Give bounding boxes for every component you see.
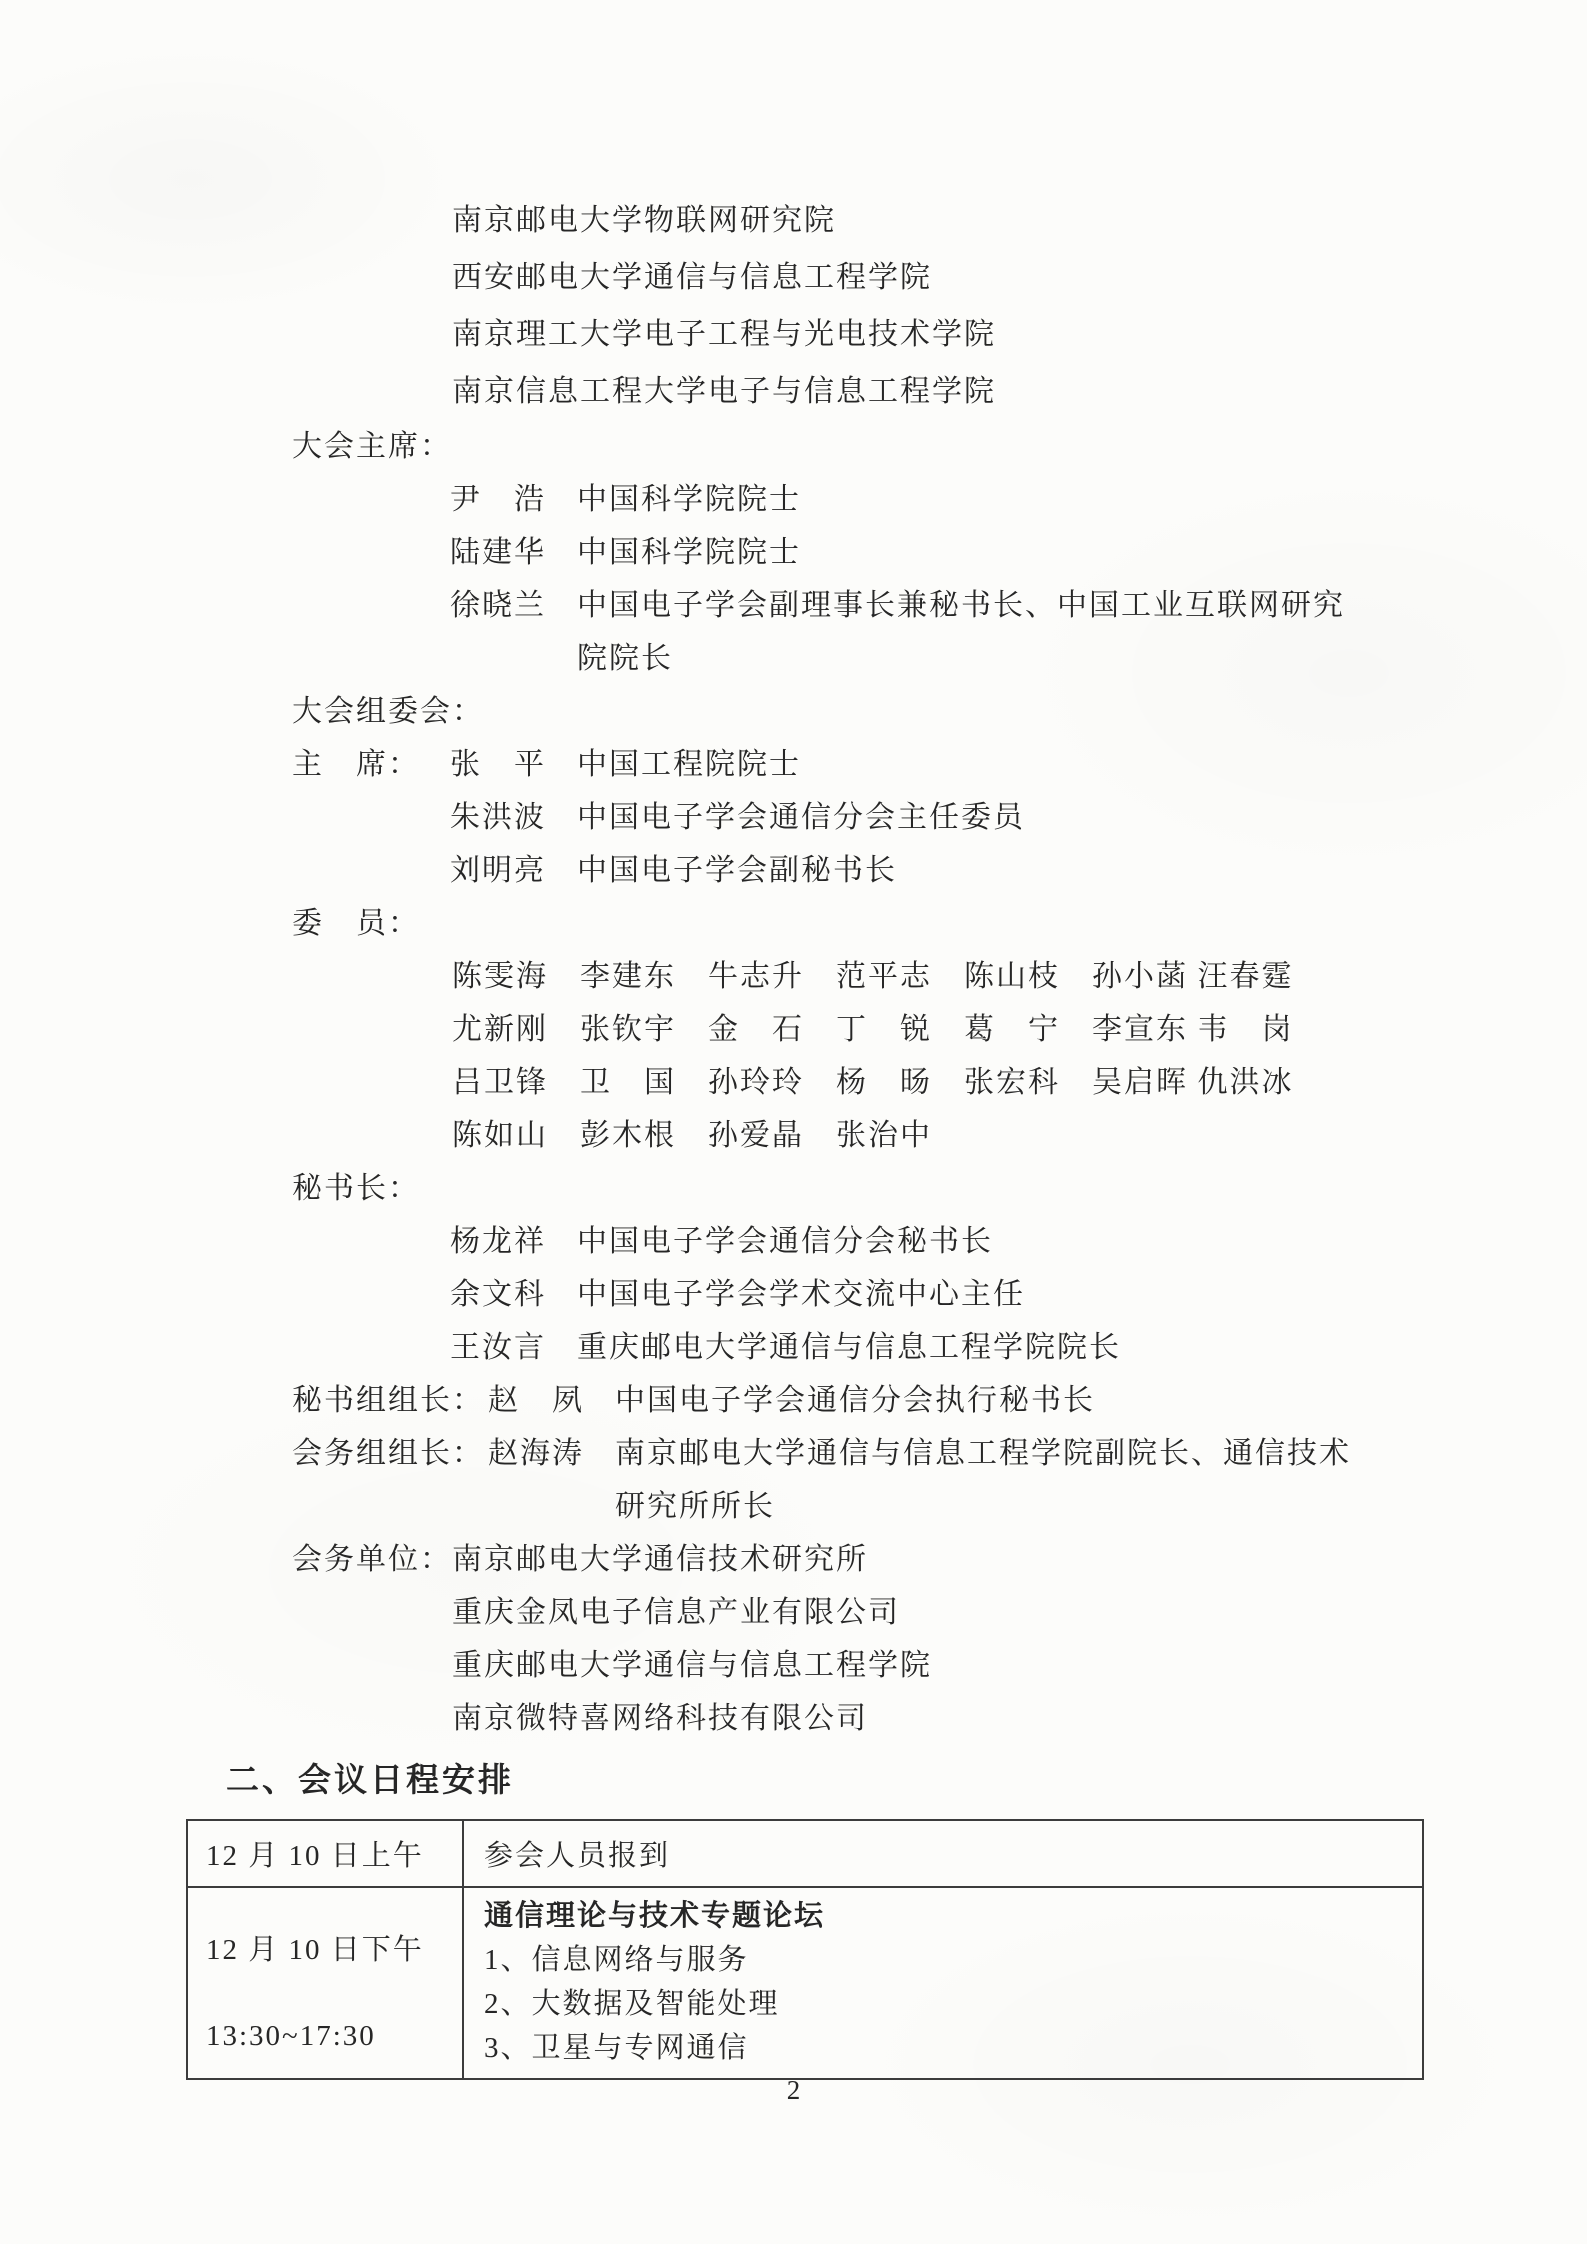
person-name: 陆建华 [450,526,555,579]
document-body: 南京邮电大学物联网研究院 西安邮电大学通信与信息工程学院 南京理工大学电子工程与… [0,0,1587,2080]
person-name: 王汝言 [450,1321,555,1374]
forum-title: 通信理论与技术专题论坛 [484,1894,1412,1938]
schedule-time-range: 13:30~17:30 [206,2014,454,2058]
page-number: 2 [0,2075,1587,2106]
secretariat-leader-row: 秘书组组长： 赵 夙 中国电子学会通信分会执行秘书长 [0,1374,1587,1427]
co-organizer-line: 西安邮电大学通信与信息工程学院 [0,249,1587,306]
schedule-time-cell: 12 月 10 日下午 13:30~17:30 [187,1887,463,2079]
secretary-general-heading: 秘书长： [0,1162,1587,1215]
person-title: 中国科学院院士 [577,473,801,526]
co-organizer-line: 南京邮电大学物联网研究院 [0,192,1587,249]
chairman-entry: 徐晓兰 中国电子学会副理事长兼秘书长、中国工业互联网研究 院院长 [0,579,1587,685]
secretary-entry: 王汝言 重庆邮电大学通信与信息工程学院院长 [0,1321,1587,1374]
schedule-section-title: 二、会议日程安排 [0,1757,1587,1805]
person-title: 中国工程院院士 [577,738,801,791]
person-title: 中国电子学会学术交流中心主任 [577,1268,1025,1321]
member-row: 陈如山 彭木根 孙爱晶 张治中 [0,1109,1587,1162]
member-row: 吕卫锋 卫 国 孙玲玲 杨 旸 张宏科 吴启晖 仇洪冰 [0,1056,1587,1109]
secretary-entry: 余文科 中国电子学会学术交流中心主任 [0,1268,1587,1321]
person-name: 赵海涛 [488,1427,593,1533]
affairs-leader-label: 会务组组长： [292,1427,484,1533]
person-title-line1: 南京邮电大学通信与信息工程学院副院长、通信技术 [615,1427,1351,1480]
schedule-event-cell: 参会人员报到 [463,1820,1423,1887]
person-title: 中国电子学会通信分会执行秘书长 [615,1374,1095,1427]
schedule-date: 12 月 10 日下午 [206,1928,454,1972]
chairman-entry: 尹 浩 中国科学院院士 [0,473,1587,526]
schedule-row: 12 月 10 日上午 参会人员报到 [187,1820,1423,1887]
person-name: 张 平 [450,738,555,791]
affairs-unit-list: 重庆金凤电子信息产业有限公司 重庆邮电大学通信与信息工程学院 南京微特喜网络科技… [0,1586,1587,1745]
chairman-entry: 陆建华 中国科学院院士 [0,526,1587,579]
forum-topic: 3、卫星与专网通信 [484,2026,1412,2070]
person-name: 徐晓兰 [450,579,555,685]
chairman-heading: 大会主席： [0,420,1587,473]
affairs-unit: 重庆金凤电子信息产业有限公司 [0,1586,1587,1639]
person-title: 重庆邮电大学通信与信息工程学院院长 [577,1321,1121,1374]
person-title-line2: 院院长 [577,632,1345,685]
committee-members-heading: 委 员： [0,897,1587,950]
person-title: 中国电子学会通信分会主任委员 [577,791,1025,844]
secretariat-leader-label: 秘书组组长： [292,1374,484,1427]
person-title: 中国电子学会副理事长兼秘书长、中国工业互联网研究 院院长 [577,579,1345,685]
affairs-unit: 南京微特喜网络科技有限公司 [0,1692,1587,1745]
person-name: 尹 浩 [450,473,555,526]
affairs-units-row: 会务单位： 南京邮电大学通信技术研究所 [0,1533,1587,1586]
scanned-document-page: 南京邮电大学物联网研究院 西安邮电大学通信与信息工程学院 南京理工大学电子工程与… [0,0,1587,2244]
member-row: 陈雯海 李建东 牛志升 范平志 陈山枝 孙小菡 汪春霆 [0,950,1587,1003]
person-name: 朱洪波 [450,791,555,844]
person-title-line1: 中国电子学会副理事长兼秘书长、中国工业互联网研究 [577,579,1345,632]
person-title: 南京邮电大学通信与信息工程学院副院长、通信技术 研究所所长 [615,1427,1351,1533]
forum-topic: 2、大数据及智能处理 [484,1982,1412,2026]
person-title: 中国电子学会通信分会秘书长 [577,1215,993,1268]
committee-chair-entry: 朱洪波 中国电子学会通信分会主任委员 [0,791,1587,844]
person-name: 杨龙祥 [450,1215,555,1268]
affairs-unit: 重庆邮电大学通信与信息工程学院 [0,1639,1587,1692]
co-organizer-line: 南京理工大学电子工程与光电技术学院 [0,306,1587,363]
schedule-time-cell: 12 月 10 日上午 [187,1820,463,1887]
person-title: 中国电子学会副秘书长 [577,844,897,897]
committee-chair-entry: 主 席： 张 平 中国工程院院士 [0,738,1587,791]
person-name: 余文科 [450,1268,555,1321]
person-title: 中国科学院院士 [577,526,801,579]
committee-member-list: 陈雯海 李建东 牛志升 范平志 陈山枝 孙小菡 汪春霆 尤新刚 张钦宇 金 石 … [0,950,1587,1162]
person-name: 刘明亮 [450,844,555,897]
forum-topic: 1、信息网络与服务 [484,1938,1412,1982]
committee-chair-entry: 刘明亮 中国电子学会副秘书长 [0,844,1587,897]
member-row: 尤新刚 张钦宇 金 石 丁 锐 葛 宁 李宣东 韦 岗 [0,1003,1587,1056]
organizing-committee-heading: 大会组委会： [0,685,1587,738]
affairs-units-label: 会务单位： [292,1533,452,1586]
schedule-event-cell: 通信理论与技术专题论坛 1、信息网络与服务 2、大数据及智能处理 3、卫星与专网… [463,1887,1423,2079]
person-title-line2: 研究所所长 [615,1480,1351,1533]
affairs-leader-row: 会务组组长： 赵海涛 南京邮电大学通信与信息工程学院副院长、通信技术 研究所所长 [0,1427,1587,1533]
secretary-entry: 杨龙祥 中国电子学会通信分会秘书长 [0,1215,1587,1268]
person-name: 赵 夙 [488,1374,593,1427]
co-organizer-line: 南京信息工程大学电子与信息工程学院 [0,363,1587,420]
schedule-row: 12 月 10 日下午 13:30~17:30 通信理论与技术专题论坛 1、信息… [187,1887,1423,2079]
schedule-table: 12 月 10 日上午 参会人员报到 12 月 10 日下午 13:30~17:… [186,1819,1424,2080]
co-organizer-list: 南京邮电大学物联网研究院 西安邮电大学通信与信息工程学院 南京理工大学电子工程与… [0,192,1587,420]
affairs-unit: 南京邮电大学通信技术研究所 [452,1533,868,1586]
chair-label: 主 席： [292,738,450,791]
